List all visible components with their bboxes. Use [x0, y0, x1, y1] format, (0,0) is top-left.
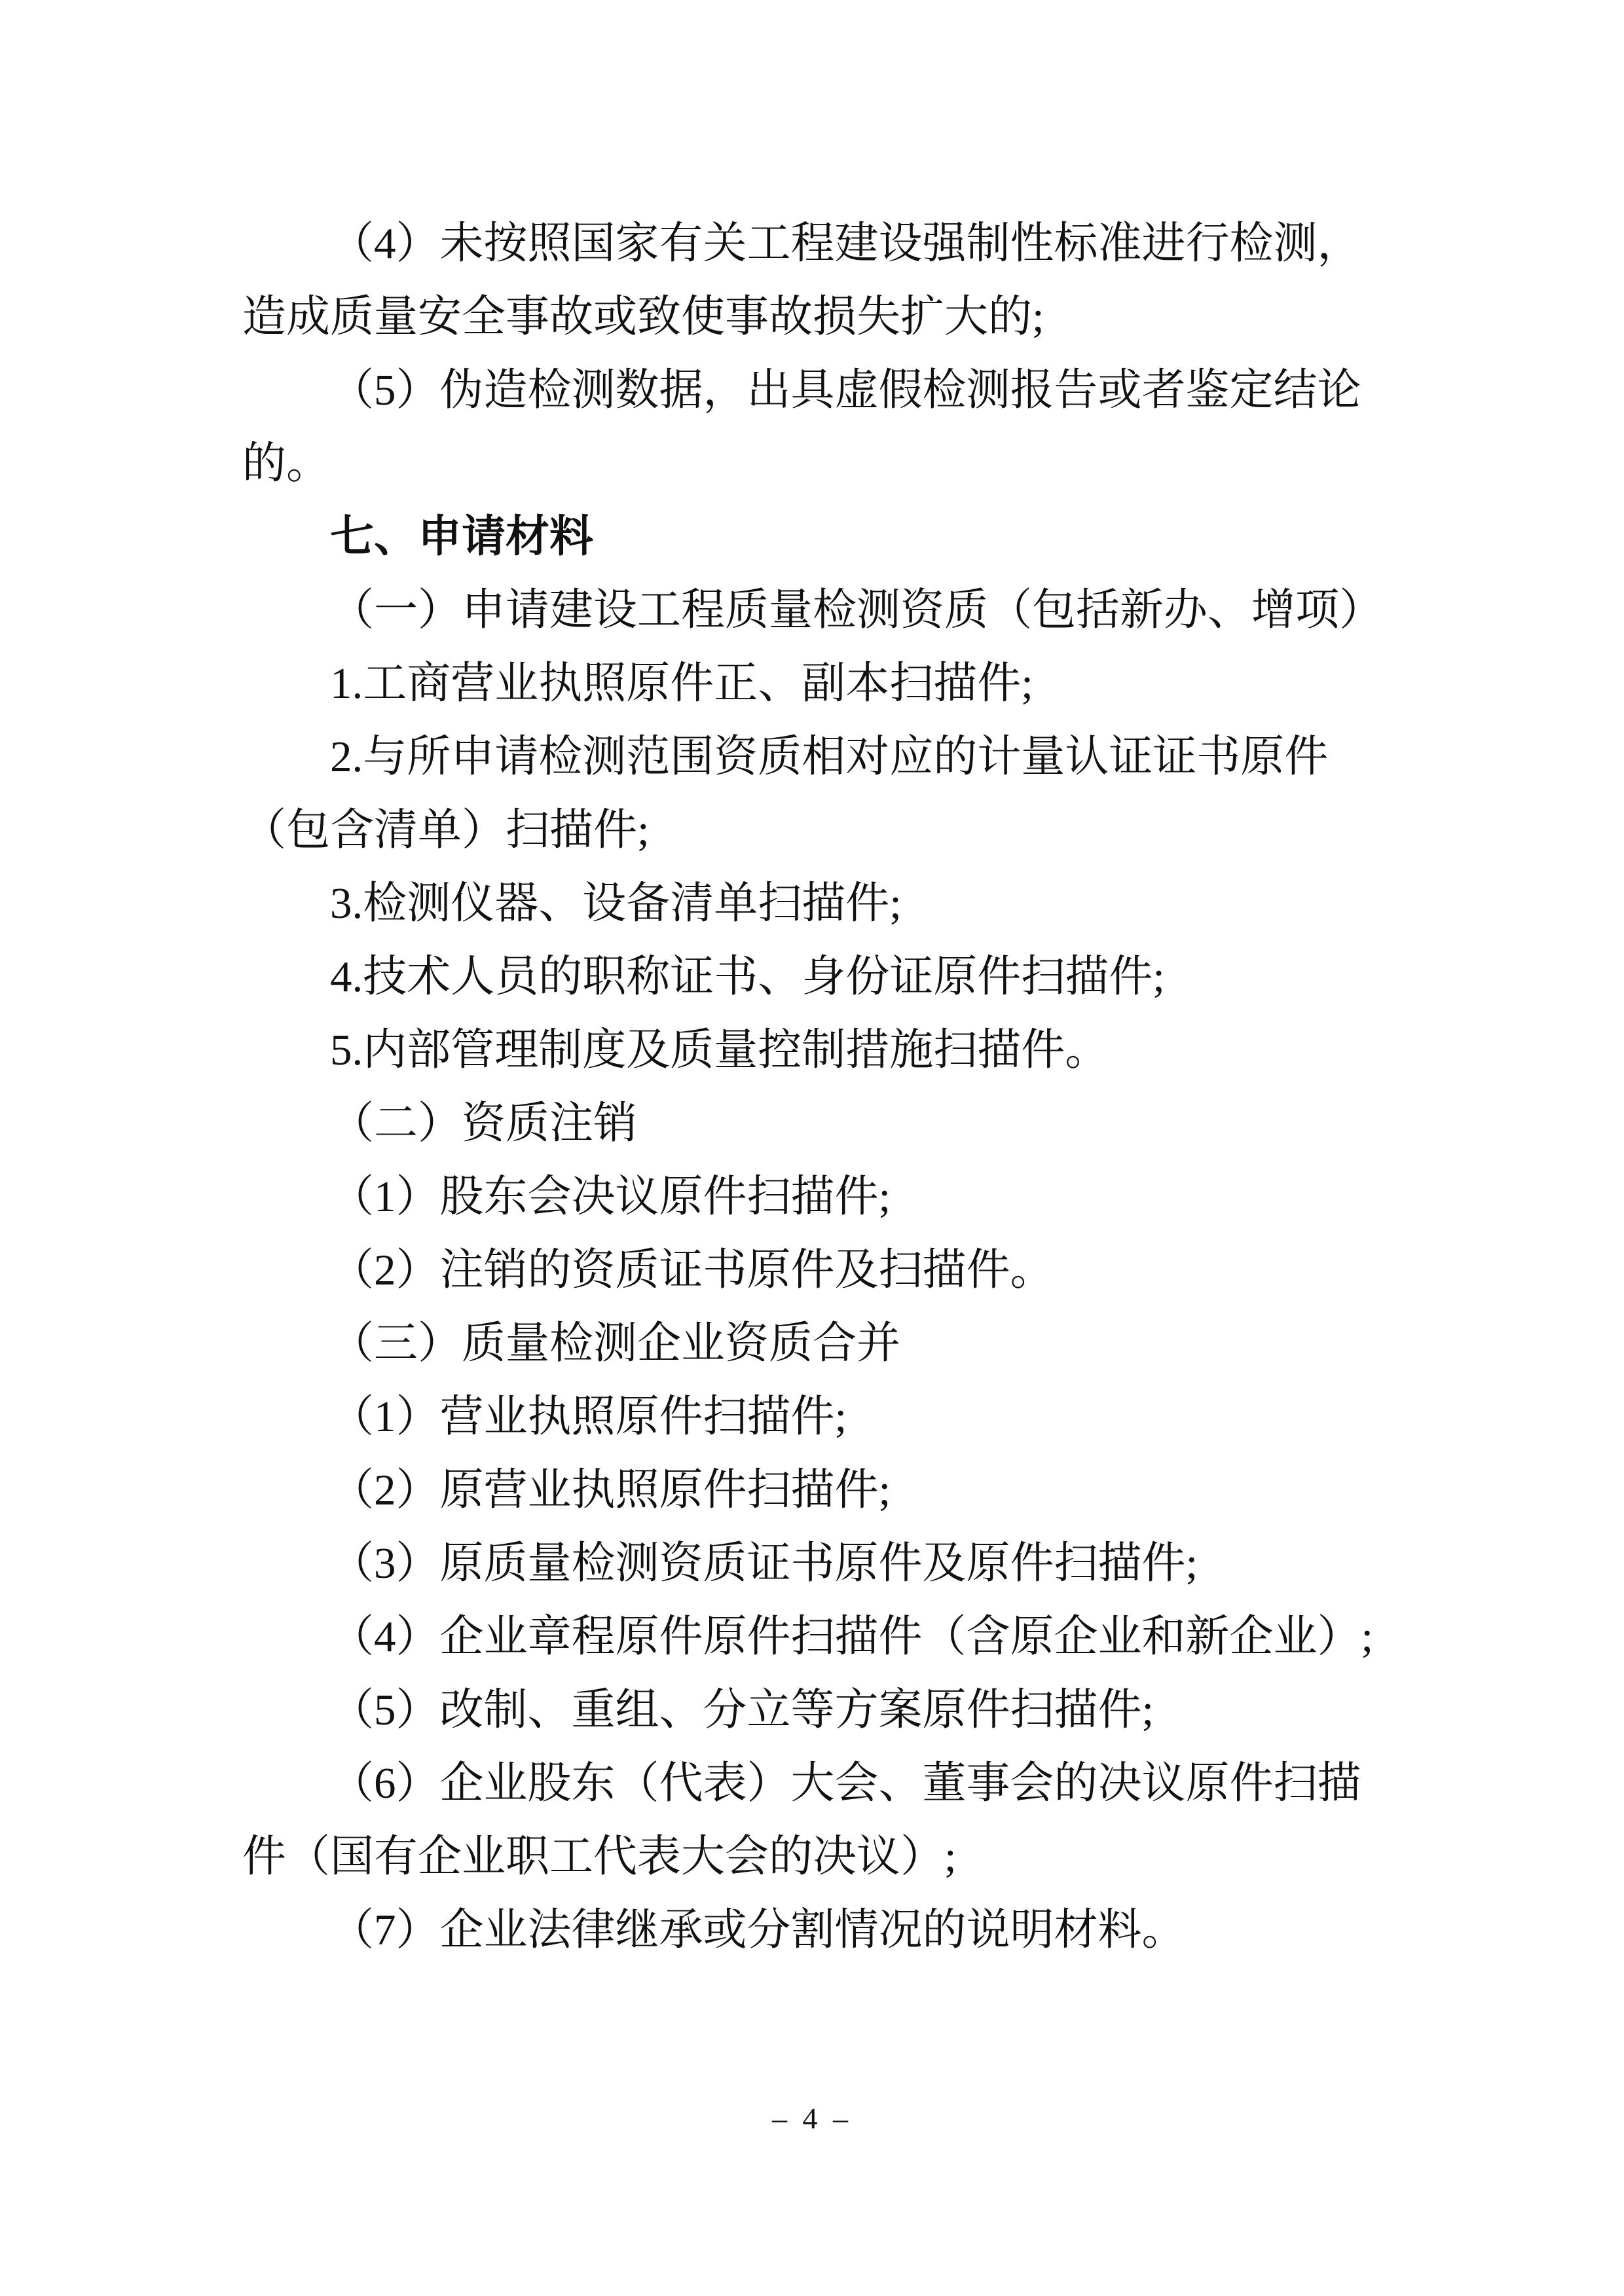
page-footer: – 4 – — [0, 2100, 1624, 2137]
paragraph-line: （包含清单）扫描件; — [242, 793, 1395, 867]
paragraph-line: 2.与所申请检测范围资质相对应的计量认证证书原件 — [242, 720, 1395, 793]
paragraph-line: （4）未按照国家有关工程建设强制性标准进行检测， — [242, 207, 1395, 280]
text-block: （4）未按照国家有关工程建设强制性标准进行检测， 造成质量安全事故或致使事故损失… — [242, 207, 1395, 1967]
paragraph-line: 的。 — [242, 427, 1395, 500]
paragraph-line: （1）营业执照原件扫描件; — [242, 1380, 1395, 1453]
paragraph-line: （5）改制、重组、分立等方案原件扫描件; — [242, 1673, 1395, 1747]
paragraph-line: 3.检测仪器、设备清单扫描件; — [242, 867, 1395, 940]
paragraph-line: （7）企业法律继承或分割情况的说明材料。 — [242, 1893, 1395, 1967]
paragraph-line: 4.技术人员的职称证书、身份证原件扫描件; — [242, 940, 1395, 1013]
paragraph-line: （三）质量检测企业资质合并 — [242, 1307, 1395, 1380]
page-number: – 4 – — [772, 2102, 852, 2135]
paragraph-line: （5）伪造检测数据，出具虚假检测报告或者鉴定结论 — [242, 354, 1395, 427]
paragraph-line: （3）原质量检测资质证书原件及原件扫描件; — [242, 1527, 1395, 1600]
paragraph-line: 件（国有企业职工代表大会的决议）; — [242, 1820, 1395, 1893]
paragraph-line: （2）注销的资质证书原件及扫描件。 — [242, 1233, 1395, 1307]
paragraph-line: 5.内部管理制度及质量控制措施扫描件。 — [242, 1013, 1395, 1087]
paragraph-line: （2）原营业执照原件扫描件; — [242, 1453, 1395, 1527]
paragraph-line: （1）股东会决议原件扫描件; — [242, 1160, 1395, 1233]
paragraph-line: （二）资质注销 — [242, 1087, 1395, 1160]
paragraph-line: （6）企业股东（代表）大会、董事会的决议原件扫描 — [242, 1747, 1395, 1820]
document-page: （4）未按照国家有关工程建设强制性标准进行检测， 造成质量安全事故或致使事故损失… — [0, 0, 1624, 2296]
paragraph-line: 1.工商营业执照原件正、副本扫描件; — [242, 647, 1395, 720]
section-heading: 七、申请材料 — [242, 500, 1395, 574]
paragraph-line: （4）企业章程原件原件扫描件（含原企业和新企业）; — [242, 1600, 1395, 1673]
paragraph-line: （一）申请建设工程质量检测资质（包括新办、增项） — [242, 574, 1395, 647]
paragraph-line: 造成质量安全事故或致使事故损失扩大的; — [242, 280, 1395, 354]
